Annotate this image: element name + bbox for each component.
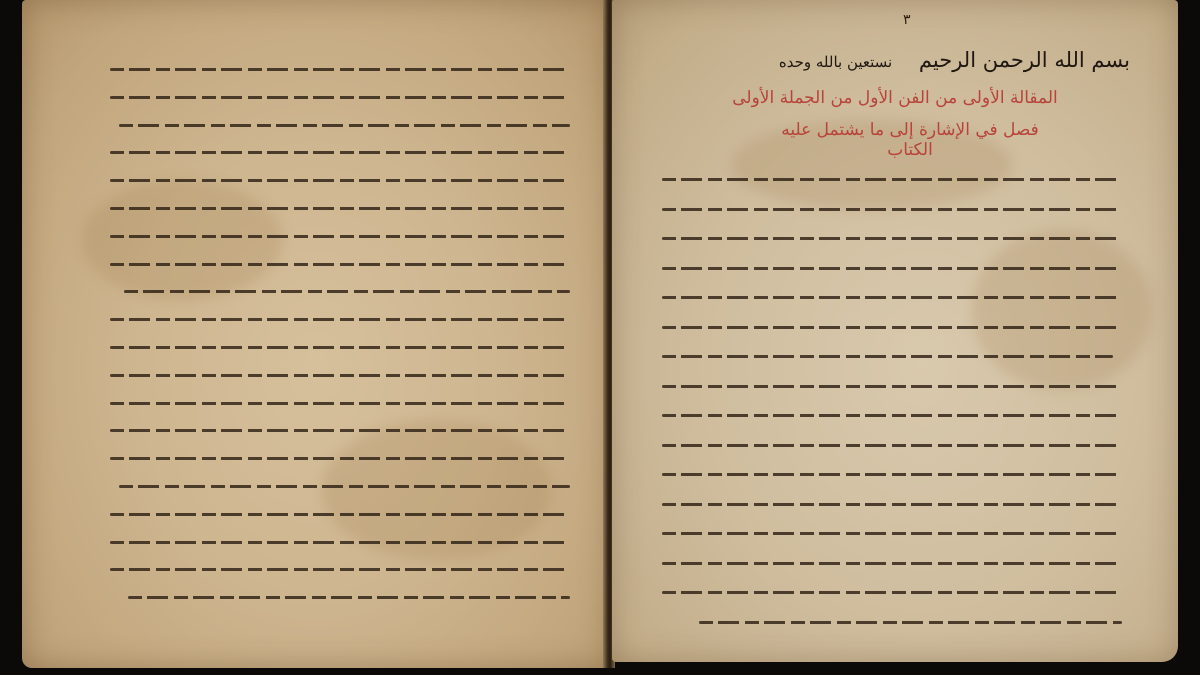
text-line (110, 207, 565, 210)
text-line (110, 429, 570, 432)
text-line (110, 96, 570, 99)
text-line (662, 473, 1122, 476)
text-line (662, 414, 1122, 417)
text-line (110, 318, 570, 321)
text-line (110, 457, 570, 460)
basmala-heading: بسم الله الرحمن الرحيم نستعين بالله وحده (660, 48, 1130, 72)
left-page-text-block (110, 68, 570, 599)
text-line (662, 237, 1117, 240)
text-line (110, 568, 570, 571)
text-line (662, 591, 1122, 594)
text-line (110, 68, 570, 71)
text-line (662, 355, 1113, 358)
page-number: ٣ (903, 12, 911, 28)
text-line (110, 541, 570, 544)
text-line (110, 374, 570, 377)
basmala-text: بسم الله الرحمن الرحيم (919, 48, 1130, 72)
left-manuscript-page (22, 0, 610, 668)
text-line (124, 290, 570, 293)
text-line (662, 178, 1122, 181)
rubric-section-title: فصل في الإشارة إلى ما يشتمل عليه الكتاب (760, 120, 1060, 160)
text-line (662, 562, 1122, 565)
right-page-text-block (662, 178, 1122, 624)
text-line (110, 346, 570, 349)
text-line (662, 444, 1122, 447)
text-line (662, 503, 1117, 506)
text-line (110, 263, 570, 266)
text-line (110, 402, 565, 405)
text-line (662, 532, 1122, 535)
text-line (110, 235, 570, 238)
text-line (662, 208, 1122, 211)
text-line (110, 179, 570, 182)
rubric-chapter-title: المقالة الأولى من الفن الأول من الجملة ا… (660, 88, 1130, 108)
text-line (662, 385, 1122, 388)
text-line (128, 596, 570, 599)
text-line (662, 267, 1122, 270)
text-line (662, 326, 1122, 329)
invocation-text: نستعين بالله وحده (779, 53, 892, 71)
text-line (662, 296, 1122, 299)
text-line (110, 513, 570, 516)
text-line (119, 124, 570, 127)
text-line (119, 485, 570, 488)
text-line (699, 621, 1122, 624)
text-line (110, 151, 570, 154)
